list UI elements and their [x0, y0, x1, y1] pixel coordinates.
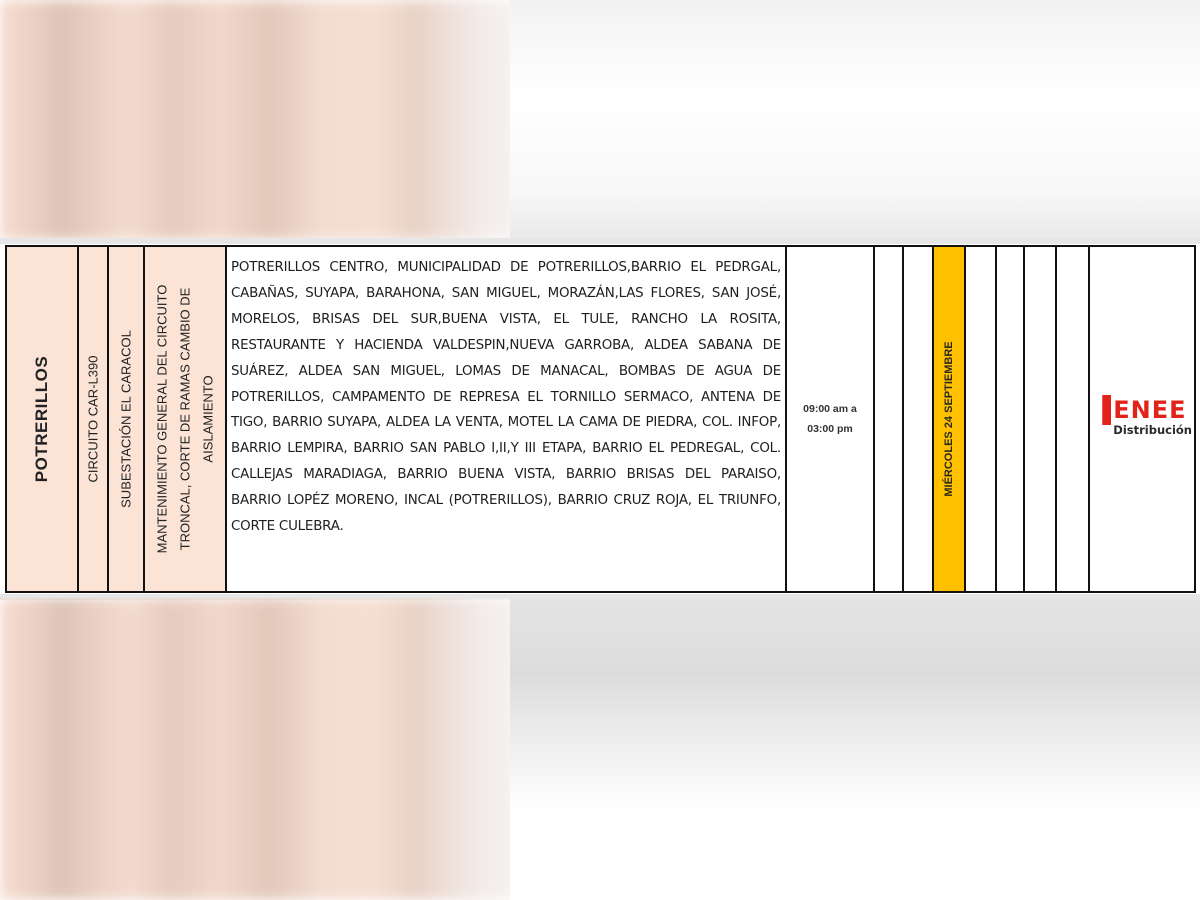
logo-subtitle: Distribución — [1113, 423, 1192, 437]
circuit-label: CIRCUITO CAR-L390 — [86, 356, 101, 483]
time-start: 09:00 am a — [803, 399, 857, 419]
circuit-cell: CIRCUITO CAR-L390 — [79, 247, 109, 591]
work-description: MANTENIMIENTO GENERAL DEL CIRCUITO TRONC… — [151, 254, 220, 584]
day-cell-empty — [875, 247, 904, 591]
day-cell-empty — [1025, 247, 1057, 591]
affected-sectors-text: POTRERILLOS CENTRO, MUNICIPALIDAD DE POT… — [231, 255, 781, 540]
outage-schedule-row: POTRERILLOS CIRCUITO CAR-L390 SUBESTACIÓ… — [5, 245, 1196, 593]
municipality-name: POTRERILLOS — [32, 356, 52, 482]
day-cell-empty — [966, 247, 997, 591]
day-cell-empty — [1057, 247, 1090, 591]
blurred-background-top — [0, 0, 1200, 240]
schedule-time-cell: 09:00 am a 03:00 pm — [787, 247, 875, 591]
outage-date: MIÉRCOLES 24 SEPTIEMBRE — [943, 341, 955, 496]
municipality-cell: POTRERILLOS — [7, 247, 79, 591]
logo-name: ENEE — [1113, 399, 1186, 421]
substation-cell: SUBESTACIÓN EL CARACOL — [109, 247, 145, 591]
day-cell-empty — [997, 247, 1025, 591]
enee-logo-icon — [1102, 395, 1111, 425]
enee-logo: ENEE Distribución — [1102, 395, 1192, 437]
time-end: 03:00 pm — [803, 419, 857, 439]
logo-cell: ENEE Distribución — [1090, 247, 1194, 591]
divider — [0, 238, 1200, 244]
blurred-background-bottom — [0, 598, 1200, 900]
date-cell-highlighted: MIÉRCOLES 24 SEPTIEMBRE — [934, 247, 966, 591]
work-description-cell: MANTENIMIENTO GENERAL DEL CIRCUITO TRONC… — [145, 247, 227, 591]
affected-sectors-cell: POTRERILLOS CENTRO, MUNICIPALIDAD DE POT… — [227, 247, 787, 591]
substation-label: SUBESTACIÓN EL CARACOL — [119, 330, 134, 508]
day-cell-empty — [904, 247, 934, 591]
